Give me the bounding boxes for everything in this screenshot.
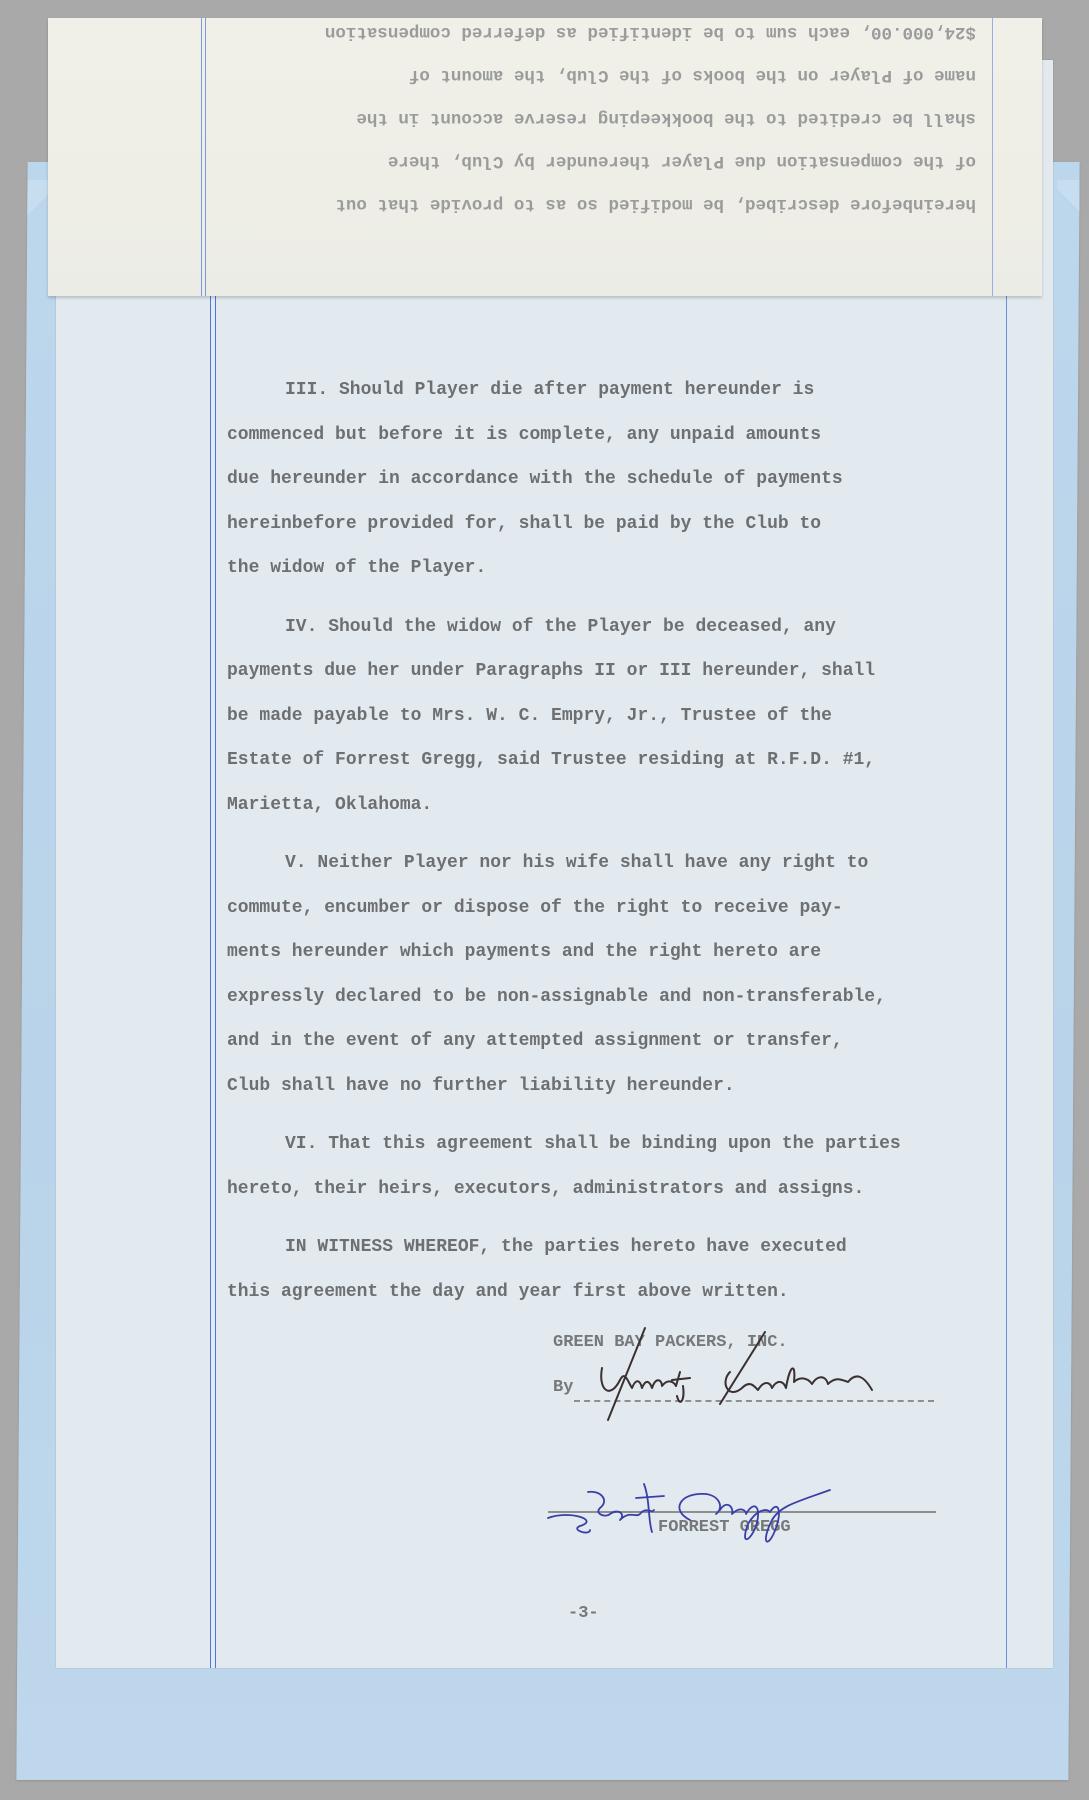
page-number: -3- (568, 1604, 599, 1623)
paragraph-line: due hereunder in accordance with the sch… (227, 457, 1007, 502)
paragraph-line: ments hereunder which payments and the r… (227, 930, 1007, 975)
fold-line: of the compensation due Player thereunde… (218, 139, 978, 182)
paragraph-line: commute, encumber or dispose of the righ… (227, 886, 1007, 931)
paragraph-line: expressly declared to be non-assignable … (227, 975, 1007, 1020)
paragraph-line: Estate of Forrest Gregg, said Trustee re… (227, 738, 1007, 783)
player-signature-icon (540, 1470, 940, 1560)
paragraph-line: III. Should Player die after payment her… (227, 368, 1007, 413)
paragraph-line: IN WITNESS WHEREOF, the parties hereto h… (227, 1225, 1007, 1270)
paragraph-iii: III. Should Player die after payment her… (227, 368, 1007, 591)
witness-clause: IN WITNESS WHEREOF, the parties hereto h… (227, 1225, 1007, 1314)
paragraph-line: IV. Should the widow of the Player be de… (227, 605, 1007, 650)
fold-line: shall be credited to the bookkeeping res… (218, 96, 978, 139)
left-margin-rule (210, 60, 211, 1668)
paragraph-line: hereto, their heirs, executors, administ… (227, 1167, 1007, 1212)
fold-line: hereinbefore described, be modified so a… (218, 182, 978, 225)
club-signature-icon (580, 1320, 960, 1430)
contract-body: III. Should Player die after payment her… (227, 368, 1007, 1328)
paragraph-line: commenced but before it is complete, any… (227, 413, 1007, 458)
by-label: By (553, 1378, 573, 1397)
fold-line: $24,000.00, each sum to be identified as… (218, 18, 978, 53)
fold-line: name of Player on the books of the Club,… (218, 53, 978, 96)
paragraph-iv: IV. Should the widow of the Player be de… (227, 605, 1007, 828)
fold-margin-rule (201, 18, 202, 296)
upside-down-text: hereinbefore described, be modified so a… (218, 18, 978, 225)
paragraph-line: be made payable to Mrs. W. C. Empry, Jr.… (227, 694, 1007, 739)
fold-right-margin-rule (992, 18, 993, 296)
folded-top-sheet: hereinbefore described, be modified so a… (48, 18, 1042, 296)
paragraph-line: the widow of the Player. (227, 546, 1007, 591)
paragraph-line: this agreement the day and year first ab… (227, 1270, 1007, 1315)
paragraph-line: and in the event of any attempted assign… (227, 1019, 1007, 1064)
paragraph-line: V. Neither Player nor his wife shall hav… (227, 841, 1007, 886)
fold-margin-rule-inner (205, 18, 206, 296)
left-margin-rule-inner (215, 60, 216, 1668)
paragraph-line: payments due her under Paragraphs II or … (227, 649, 1007, 694)
paragraph-vi: VI. That this agreement shall be binding… (227, 1122, 1007, 1211)
paragraph-line: Club shall have no further liability her… (227, 1064, 1007, 1109)
paragraph-v: V. Neither Player nor his wife shall hav… (227, 841, 1007, 1108)
paragraph-line: VI. That this agreement shall be binding… (227, 1122, 1007, 1167)
paragraph-line: hereinbefore provided for, shall be paid… (227, 502, 1007, 547)
paragraph-line: Marietta, Oklahoma. (227, 783, 1007, 828)
